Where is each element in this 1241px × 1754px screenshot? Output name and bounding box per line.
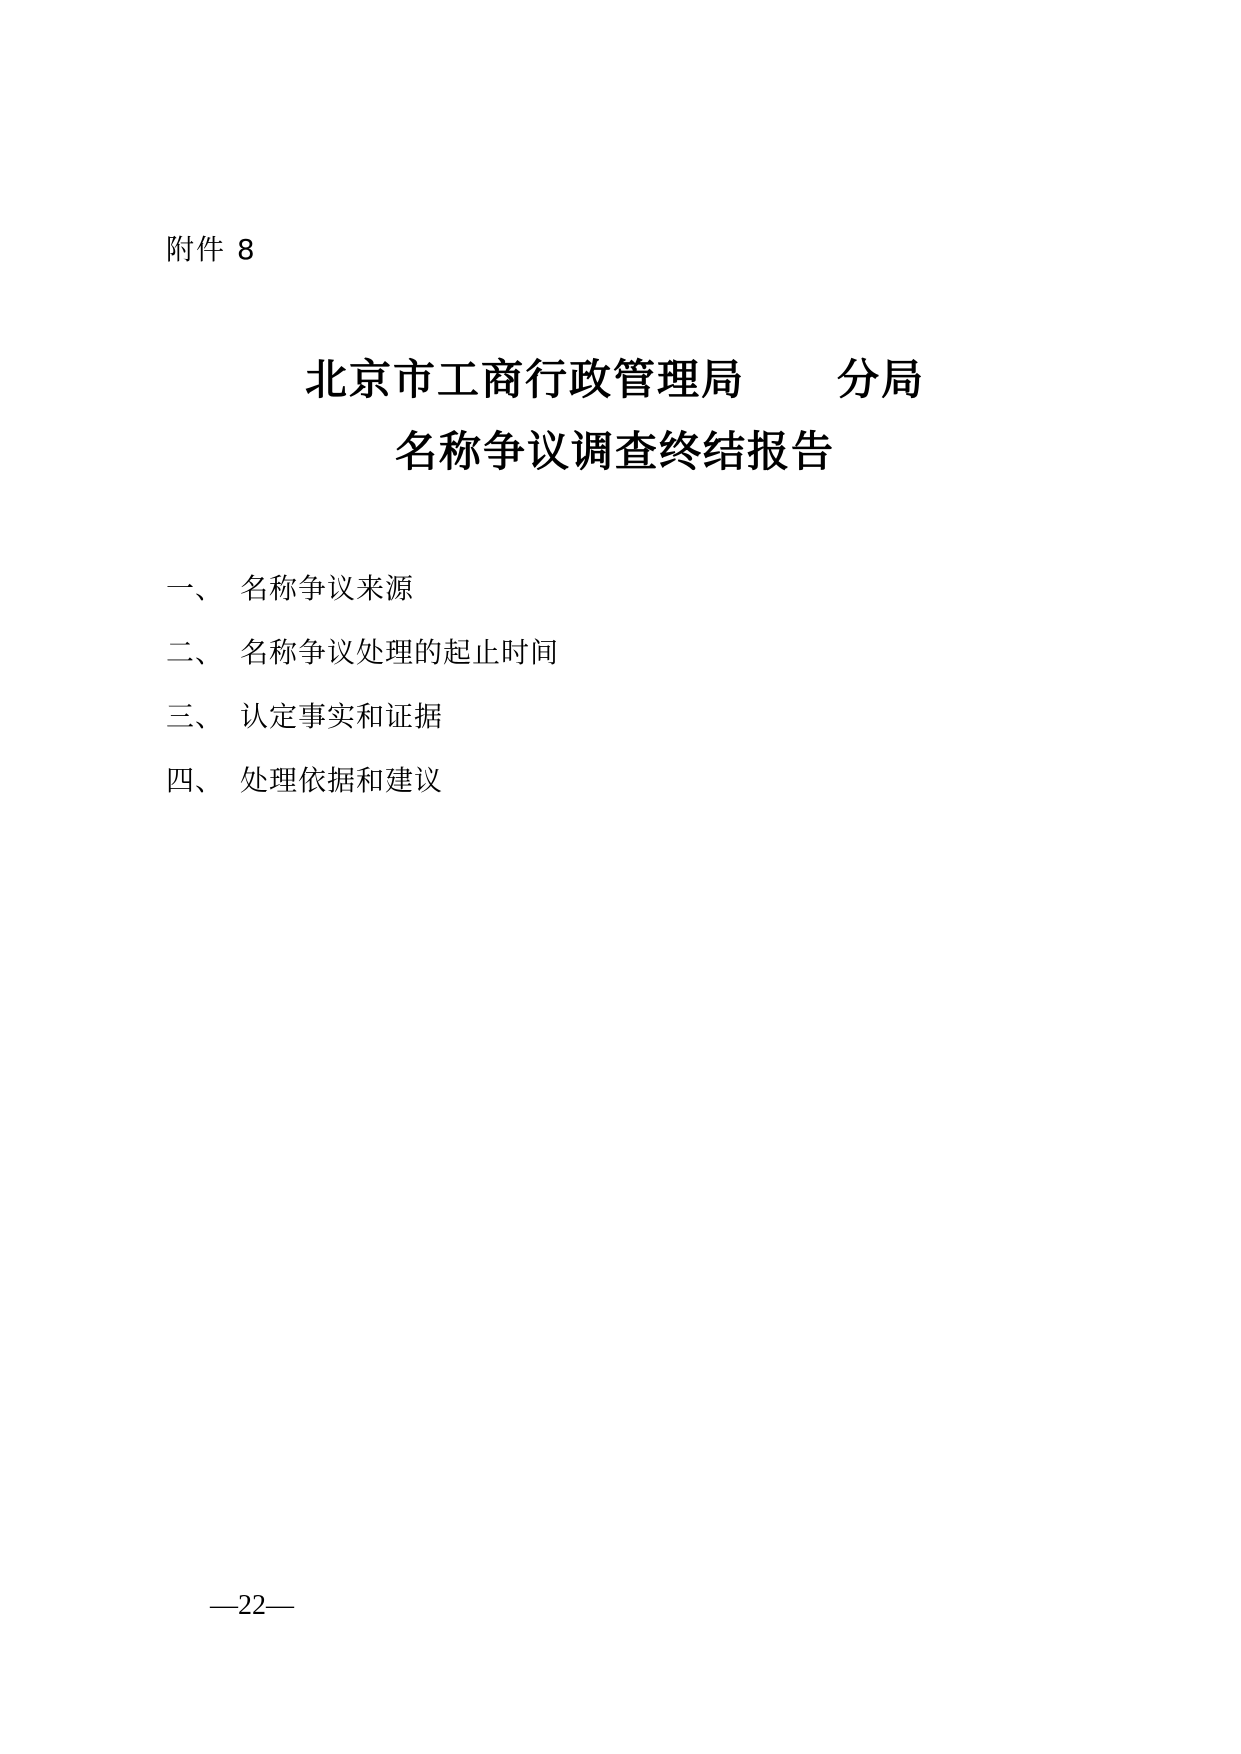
title-branch-suffix: 分局 [837,355,925,404]
outline-item: 四、 处理依据和建议 [166,747,559,811]
title-line-2: 名称争议调查终结报告 [395,424,835,480]
title-line-1: 北京市工商行政管理局分局 [305,352,925,408]
outline-item-text: 认定事实和证据 [240,695,443,735]
outline-item: 一、 名称争议来源 [166,555,559,619]
outline-item-number: 一、 [166,567,240,607]
outline-item-number: 二、 [166,631,240,671]
outline-item-text: 名称争议处理的起止时间 [240,631,559,671]
page-number: —22— [210,1588,294,1624]
outline-item-text: 名称争议来源 [240,567,414,607]
report-outline: 一、 名称争议来源 二、 名称争议处理的起止时间 三、 认定事实和证据 四、 处… [166,555,559,811]
title-bureau-name: 北京市工商行政管理局 [305,355,745,404]
outline-item-number: 三、 [166,695,240,735]
outline-item: 二、 名称争议处理的起止时间 [166,619,559,683]
attachment-label: 附件 8 [166,232,257,268]
outline-item-number: 四、 [166,759,240,799]
outline-item-text: 处理依据和建议 [240,759,443,799]
outline-item: 三、 认定事实和证据 [166,683,559,747]
